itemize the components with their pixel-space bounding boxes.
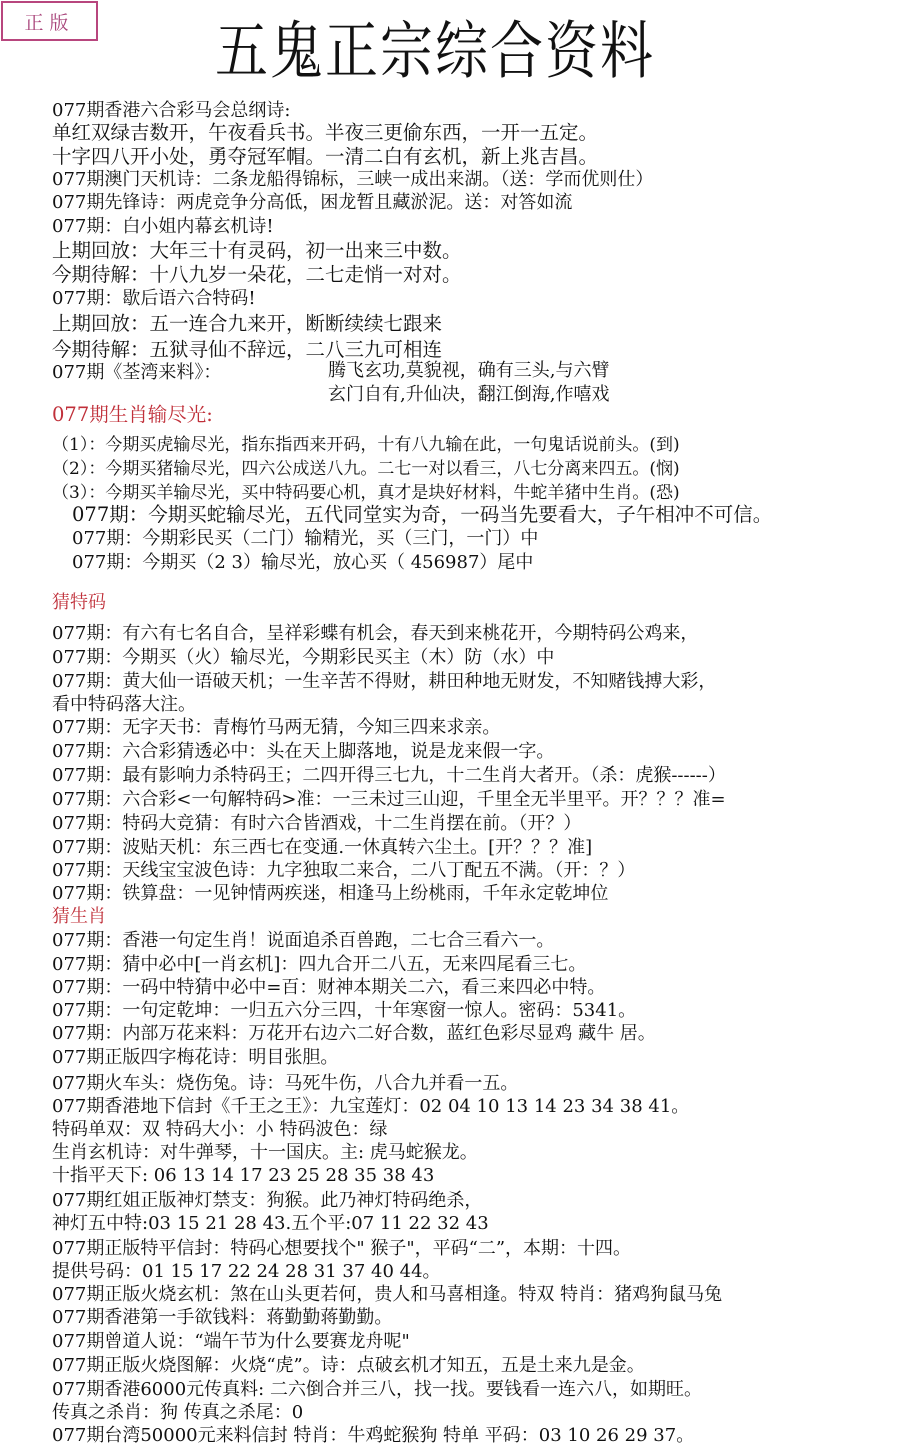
text-line: （2）：今期买猪输尽光，四六公成送八九。二七一对以看三，八七分离来四五。(悯) [52, 458, 680, 480]
text-line: 077期红姐正版神灯禁支：狗猴。此乃神灯特码绝杀， [52, 1190, 482, 1212]
text-line: 077期先锋诗：两虎竞争分高低，困龙暂且藏淤泥。送：对答如流 [52, 192, 572, 214]
text-line: 077期：今期买（火）输尽光，今期彩民买主（木）防（水）中 [52, 647, 554, 669]
text-line: 看中特码落大注。 [52, 694, 196, 716]
text-line: 077期《荃湾来料》： [52, 362, 221, 384]
text-line: 077期香港地下信封《千王之王》：九宝莲灯：02 04 10 13 14 23 … [52, 1096, 689, 1118]
text-line: 077期：六合彩<一句解特码>准：一三未过三山迎，千里全无半里平。开？？？准= [52, 789, 726, 811]
text-line: 077期香港第一手欲钱料：蒋勤勤蒋勤勤。 [52, 1307, 392, 1329]
text-line: 077期香港6000元传真料: 二六倒合并三八，找一找。要钱看一连六八，如期旺。 [52, 1379, 702, 1401]
text-line: 特码单双：双 特码大小：小 特码波色：绿 [52, 1119, 387, 1141]
text-line: 077期：无字天书：青梅竹马两无猜，今知三四来求亲。 [52, 717, 500, 739]
text-line: 今期待解：十八九岁一朵花，二七走悄一对对。 [52, 264, 462, 286]
text-line: 077期正版特平信封：特码心想要找个" 猴子"，平码“二”，本期：十四。 [52, 1238, 631, 1260]
verse-line: 玄门自有,升仙决，翻江倒海,作嘻戏 [328, 384, 609, 406]
text-line: 077期：内部万花来料：万花开右边六二好合数，蓝红色彩尽显鸡 藏牛 居。 [52, 1023, 656, 1045]
text-line: 十指平天下: 06 13 14 17 23 25 28 35 38 43 [52, 1165, 434, 1187]
text-line: （3）：今期买羊输尽光，买中特码要心机，真才是块好材料，牛蛇羊猪中生肖。(恐) [52, 482, 680, 504]
text-line: 077期：一码中特猜中必中=百：财神本期关二六，看三来四必中特。 [52, 977, 605, 999]
text-line: 单红双绿吉数开，午夜看兵书。半夜三更偷东西，一开一五定。 [52, 122, 598, 144]
text-line: 077期正版四字梅花诗：明目张胆。 [52, 1047, 338, 1069]
text-line: 077期：最有影响力杀特码王；二四开得三七九，十二生肖大者开。（杀：虎猴----… [52, 765, 726, 787]
section-heading-guess-code: 猜特码 [52, 592, 106, 614]
text-line: 077期：歇后语六合特码! [52, 288, 256, 310]
text-line: 生肖玄机诗：对牛弹琴，十一国庆。主: 虎马蛇猴龙。 [52, 1142, 478, 1164]
text-line: 077期：六合彩猜透必中：头在天上脚落地，说是龙来假一字。 [52, 741, 554, 763]
text-line: 上期回放：五一连合九来开，断断续续七跟来 [52, 313, 442, 335]
verse-line: 腾飞玄功,莫貌视，确有三头,与六臂 [328, 360, 609, 382]
text-line: 传真之杀肖：狗 传真之杀尾：0 [52, 1402, 303, 1424]
text-line: 077期：一句定乾坤：一归五六分三四，十年寒窗一惊人。密码：5341。 [52, 1000, 636, 1022]
text-line: 077期正版火烧玄机：煞在山头更若何，贵人和马喜相逢。特双 特肖：猪鸡狗鼠马兔 [52, 1284, 722, 1306]
text-line: 077期火车头：烧伤兔。诗：马死牛伤，八合九并看一五。 [52, 1073, 518, 1095]
poem-header: 077期香港六合彩马会总纲诗: [52, 100, 290, 122]
text-line: 077期：今期彩民买（二门）输精光，买（三门，一门）中 [72, 528, 538, 550]
text-line: 077期：黄大仙一语破天机；一生辛苦不得财，耕田种地无财发，不知赌钱搏大彩， [52, 671, 716, 693]
text-line: 提供号码：01 15 17 22 24 28 31 37 40 44。 [52, 1261, 441, 1283]
text-line: 077期：特码大竞猜：有时六合皆酒戏，十二生肖摆在前。（开？） [52, 813, 581, 835]
text-line: 077期：白小姐内幕玄机诗! [52, 216, 274, 238]
section-heading-zodiac-lose: 077期生肖输尽光: [52, 404, 213, 426]
text-line: 077期：今期买蛇输尽光，五代同堂实为奇，一码当先要看大，子午相冲不可信。 [72, 504, 772, 526]
text-line: 077期：今期买（2 3）输尽光，放心买（ 456987）尾中 [72, 552, 533, 574]
text-line: 077期：波贴天机：东三西七在变通.一休真转六尘土。[开？？？准] [52, 837, 592, 859]
text-line: 今期待解：五狱寻仙不辞远，二八三九可相连 [52, 339, 442, 361]
text-line: 077期：有六有七名自合，呈祥彩蝶有机会，春天到来桃花开，今期特码公鸡来， [52, 623, 698, 645]
text-line: 077期：铁算盘：一见钟情两疾迷，相逢马上纷桃雨，千年永定乾坤位 [52, 883, 608, 905]
page-title: 五鬼正宗综合资料 [215, 16, 655, 89]
text-line: 077期正版火烧图解：火烧“虎”。诗：点破玄机才知五，五是土来九是金。 [52, 1355, 645, 1377]
text-line: （1）：今期买虎输尽光，指东指西来开码，十有八九输在此，一句鬼话说前头。(到) [52, 434, 680, 456]
text-line: 077期：天线宝宝波色诗：九字独取二来合，二八丁配五不满。（开：？） [52, 860, 635, 882]
text-line: 077期台湾50000元来料信封 特肖：牛鸡蛇猴狗 特单 平码：03 10 26… [52, 1425, 694, 1445]
text-line: 上期回放：大年三十有灵码，初一出来三中数。 [52, 240, 462, 262]
text-line: 077期：香港一句定生肖！说面追杀百兽跑，二七合三看六一。 [52, 930, 554, 952]
text-line: 十字四八开小处，勇夺冠军帽。一清二白有玄机，新上兆吉昌。 [52, 146, 598, 168]
section-heading-guess-zodiac: 猜生肖 [52, 906, 106, 928]
text-line: 077期：猜中必中[一肖玄机]：四九合开二八五，无来四尾看三七。 [52, 954, 586, 976]
text-line: 神灯五中特:03 15 21 28 43.五个平:07 11 22 32 43 [52, 1213, 489, 1235]
text-line: 077期曾道人说：“端午节为什么要赛龙舟呢" [52, 1331, 410, 1353]
text-line: 077期澳门天机诗：二条龙船得锦标，三峡一成出来湖。（送：学而优则仕） [52, 169, 653, 191]
authentic-badge: 正版 [1, 1, 98, 41]
